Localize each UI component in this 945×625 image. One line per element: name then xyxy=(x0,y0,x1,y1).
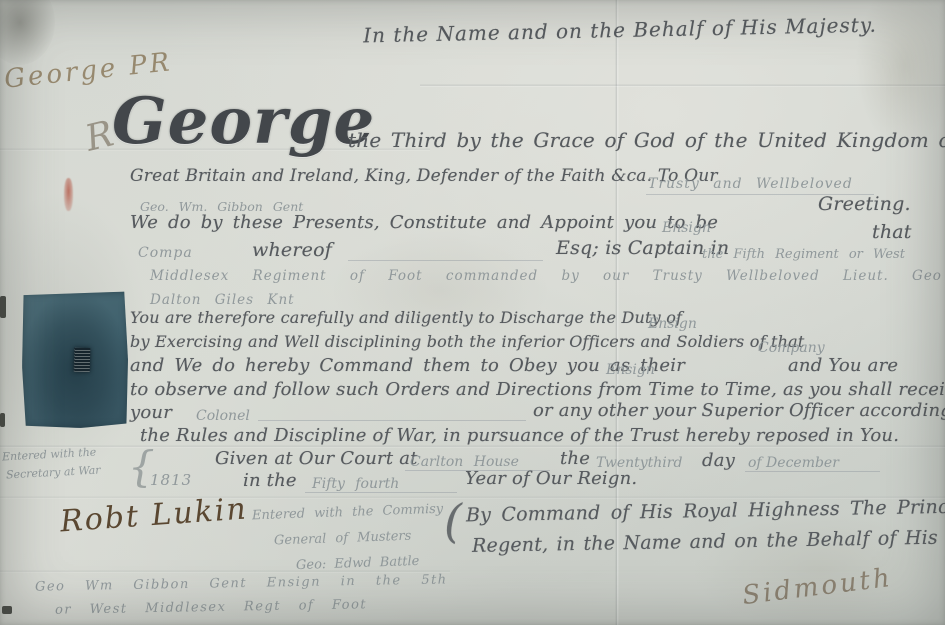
body-line-8: by Exercising and Well disciplining both… xyxy=(130,332,805,351)
stamp-cypher-chip xyxy=(74,348,91,372)
that-word: that xyxy=(872,221,912,243)
handwritten-addressee: Trusty and Wellbeloved xyxy=(648,176,853,192)
handwritten-regiment-2: Middlesex Regiment of Foot commanded by … xyxy=(150,268,942,284)
body-line-2: Great Britain and Ireland, King, Defende… xyxy=(130,166,718,186)
blank-rule xyxy=(305,492,457,493)
handwritten-company: Compa xyxy=(138,245,193,261)
margin-brace: { xyxy=(128,442,155,491)
muster-entry-line-1: Entered with the Commisy xyxy=(252,502,444,524)
docket-line-2: or West Middlesex Regt of Foot xyxy=(55,597,367,617)
your-word: your xyxy=(130,402,172,423)
and-you-are: and You are xyxy=(788,355,898,376)
body-line-1: the Third by the Grace of God of the Uni… xyxy=(348,128,945,152)
handwritten-month: of December xyxy=(748,455,839,471)
margin-note-line-1: Entered with the xyxy=(2,446,97,464)
red-wax-trace xyxy=(64,178,73,211)
in-the-words: in the xyxy=(243,470,297,491)
body-line-11-end: or any other your Superior Officer accor… xyxy=(533,400,945,421)
handwritten-regnal-year: Fifty fourth xyxy=(312,476,399,492)
lukin-signature: Robt Lukin xyxy=(59,491,249,539)
edge-speck xyxy=(2,606,12,614)
edge-speck xyxy=(0,296,6,318)
command-brace: ( xyxy=(444,494,462,548)
given-at-court: Given at Our Court at xyxy=(215,448,418,469)
docket-line-1: Geo Wm Gibbon Gent Ensign in the 5th xyxy=(35,572,448,594)
body-line-7: You are therefore carefully and diligent… xyxy=(130,308,682,327)
command-line-1: By Command of His Royal Highness The Pri… xyxy=(466,496,945,527)
blank-rule xyxy=(258,420,526,421)
handwritten-year: 1813 xyxy=(150,471,192,489)
the-word: the xyxy=(560,448,590,469)
handwritten-company: Company xyxy=(758,340,825,356)
command-line-2: Regent, in the Name and on the Behalf of… xyxy=(472,525,945,557)
sidmouth-signature: Sidmouth xyxy=(741,563,895,611)
handwritten-regiment-1: the Fifth Regiment or West xyxy=(702,247,905,262)
blank-rule xyxy=(348,260,543,261)
handwritten-superior: Colonel xyxy=(196,408,250,424)
muster-entry-signature: Geo: Edwd Battle xyxy=(296,554,420,573)
greeting-word: Greeting. xyxy=(818,193,911,215)
body-line-9: and We do hereby Command them to Obey yo… xyxy=(130,355,685,376)
body-line-12: the Rules and Discipline of War, in purs… xyxy=(140,425,899,446)
day-word: day xyxy=(702,450,735,471)
blank-rule xyxy=(745,471,880,472)
horizontal-crease xyxy=(420,84,945,87)
commission-document: In the Name and on the Behalf of His Maj… xyxy=(0,0,945,625)
handwritten-rank: Ensign xyxy=(606,362,655,378)
body-line-3: We do by these Presents, Constitute and … xyxy=(130,212,718,233)
edge-speck xyxy=(0,413,5,427)
margin-note-line-2: Secretary at War xyxy=(6,464,101,482)
duty-stamp xyxy=(21,292,128,429)
handwritten-rank: Ensign xyxy=(662,220,711,236)
ornamental-initial: George xyxy=(112,84,375,159)
whereof-word: whereof xyxy=(252,239,332,261)
body-line-10: to observe and follow such Orders and Di… xyxy=(130,379,945,400)
muster-entry-line-2: General of Musters xyxy=(274,529,412,549)
handwritten-rank: Ensign xyxy=(648,316,697,332)
year-of-reign: Year of Our Reign. xyxy=(465,468,637,489)
header-motto: In the Name and on the Behalf of His Maj… xyxy=(300,11,940,48)
corner-smudge xyxy=(0,0,55,65)
handwritten-colonel-name: Dalton Giles Knt xyxy=(150,292,295,308)
